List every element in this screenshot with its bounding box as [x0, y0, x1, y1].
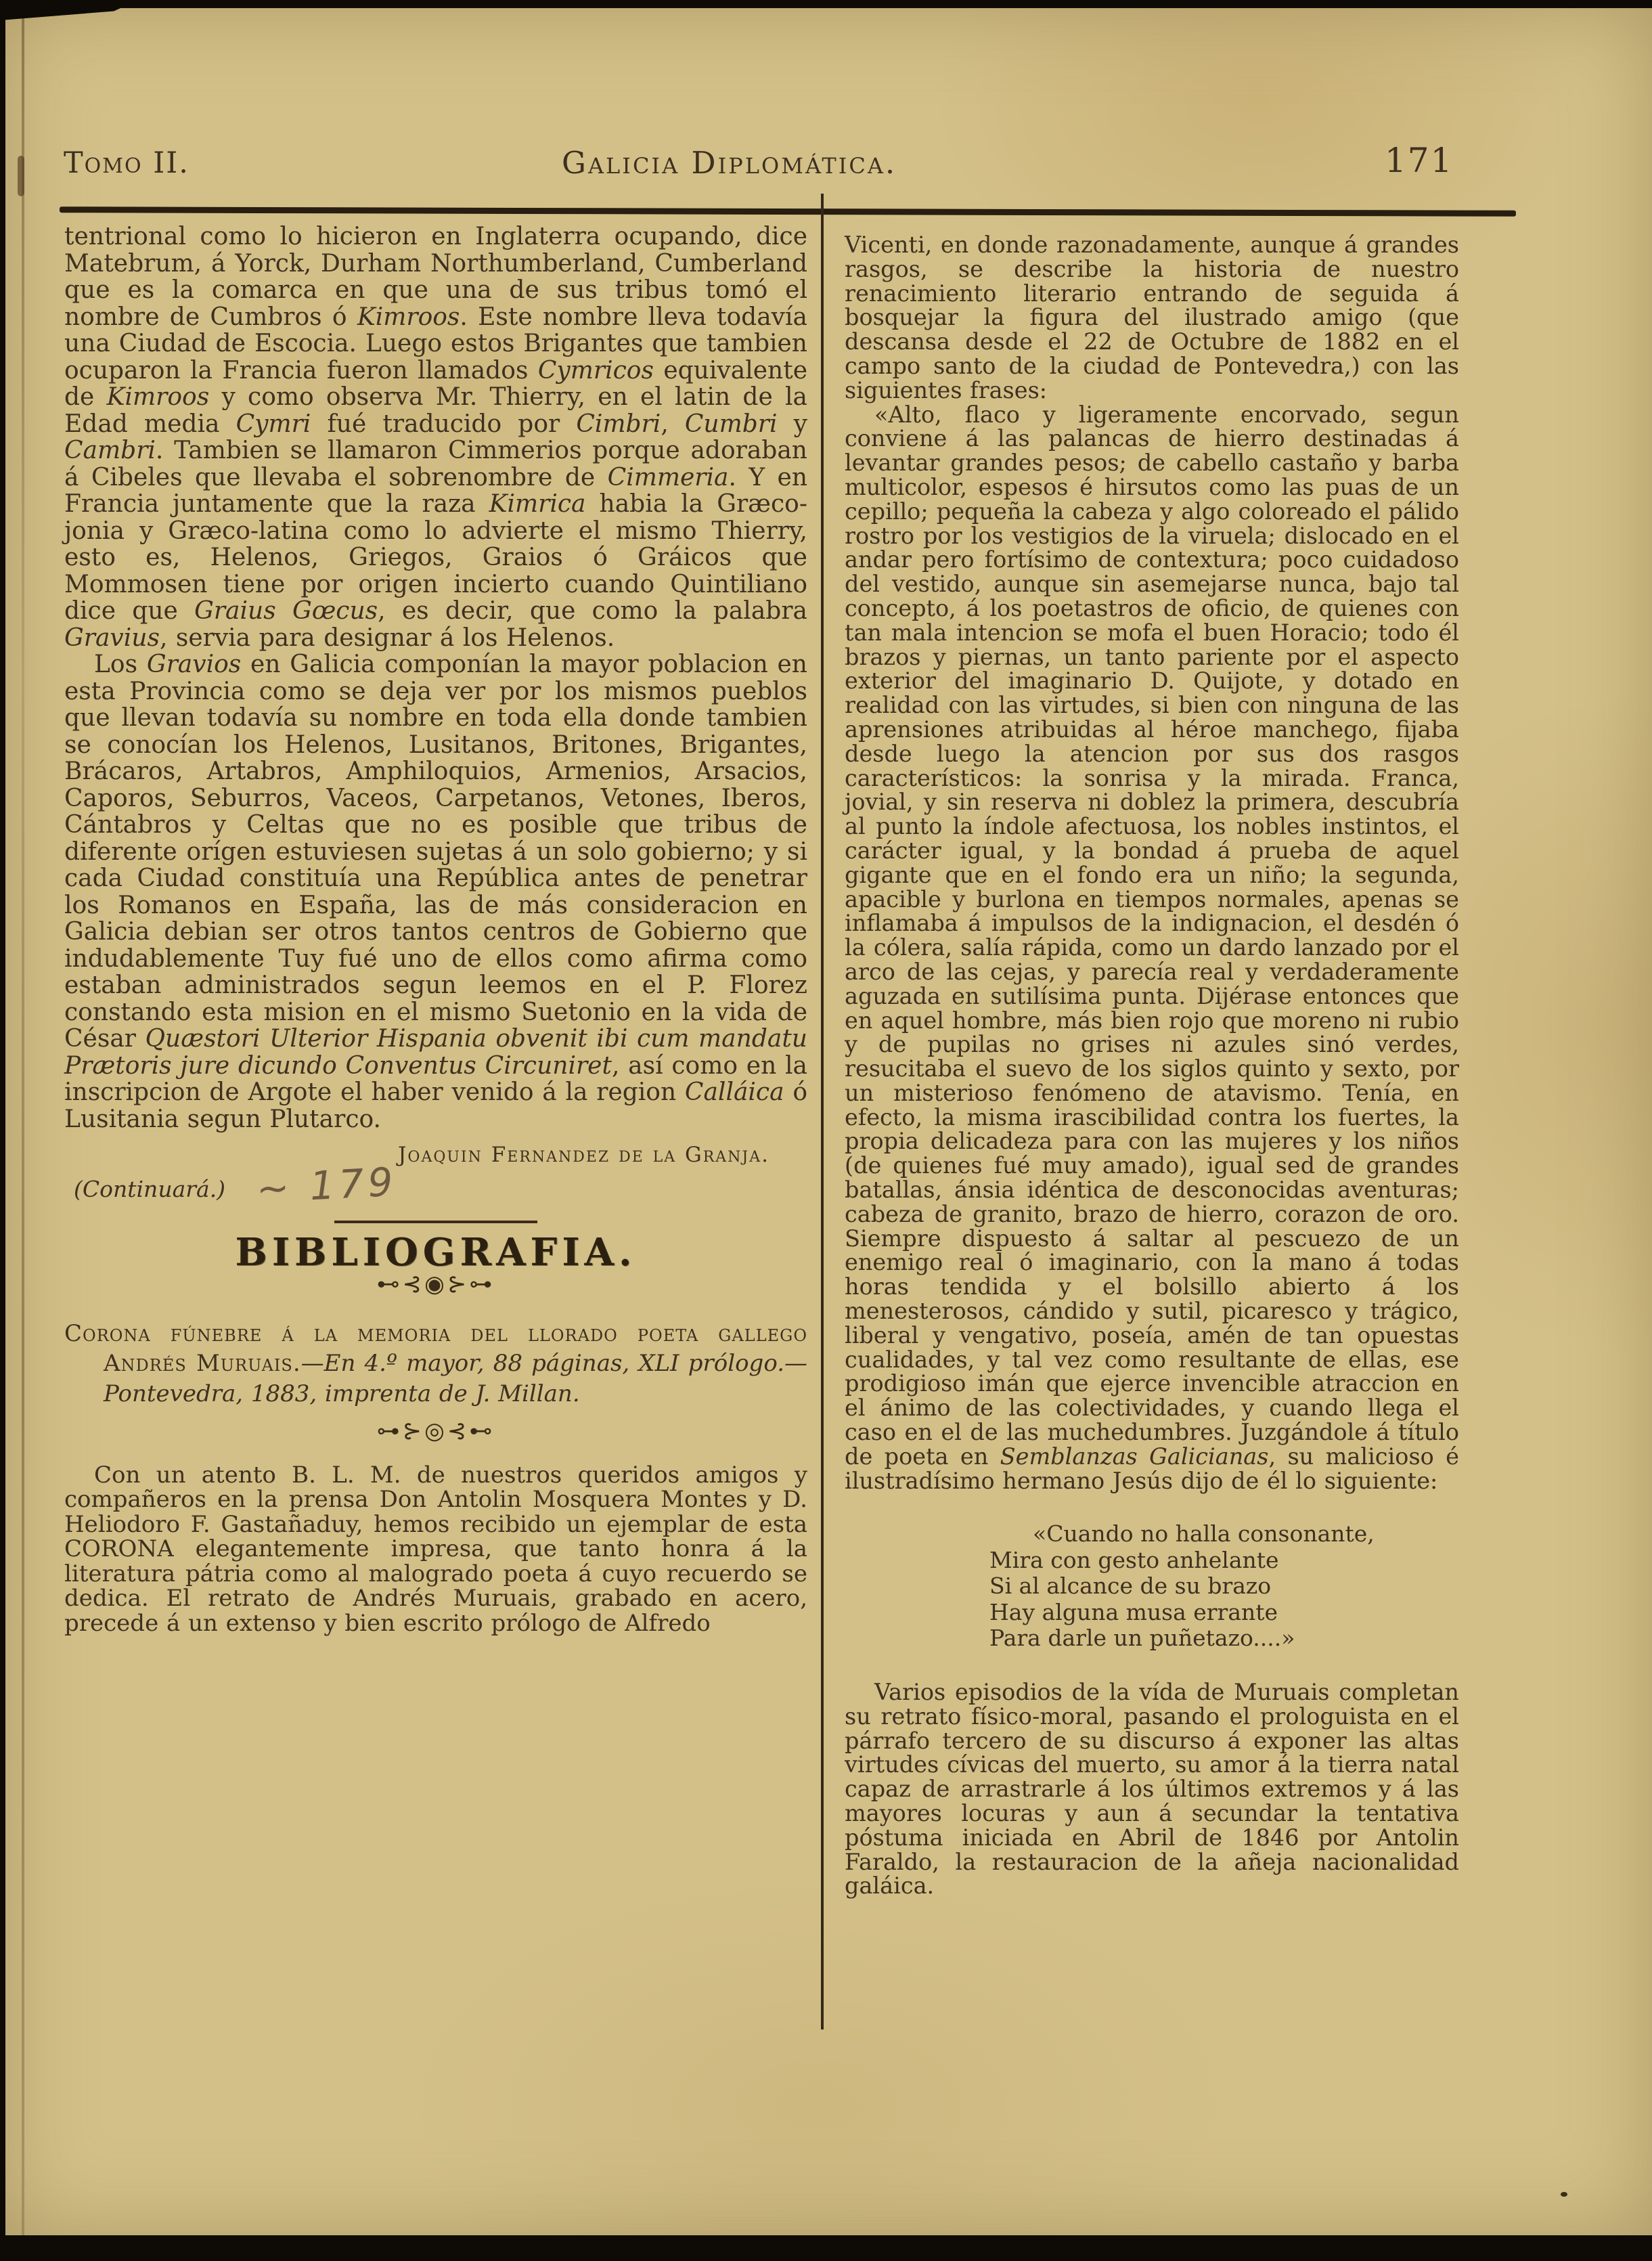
- poem-line: «Cuando no halla consonante,: [989, 1521, 1459, 1547]
- volume-label: Tomo II.: [64, 146, 189, 180]
- bibliography-heading: BIBLIOGRAFIA.: [64, 1239, 807, 1267]
- column-divider-rule: [821, 194, 824, 2029]
- article-paragraph: Vicenti, en donde razonadamente, aunque …: [845, 233, 1459, 403]
- page-number: 171: [1385, 141, 1453, 180]
- ornament-icon: ⊷⊰◉⊱⊶: [64, 1271, 807, 1298]
- journal-title: Galicia Diplomática.: [562, 145, 897, 181]
- ornament-icon: ⊶⊱◎⊰⊷: [64, 1418, 807, 1445]
- article-signature: Joaquin Fernandez de la Granja.: [64, 1142, 807, 1169]
- poem-line: Para darle un puñetazo....»: [989, 1625, 1459, 1652]
- poem-line: Mira con gesto anhelante: [989, 1547, 1459, 1574]
- gutter-ink-blob: [18, 156, 24, 196]
- header-rule: [60, 206, 1516, 217]
- right-column: Vicenti, en donde razonadamente, aunque …: [845, 233, 1459, 1898]
- article-paragraph: tentrional como lo hicieron en Inglaterr…: [64, 223, 807, 651]
- ink-speck: [1561, 2192, 1567, 2197]
- poem-line: Si al alcance de su brazo: [989, 1573, 1459, 1600]
- quote-paragraph: «Alto, flaco y ligeramente encorvado, se…: [845, 403, 1459, 1493]
- left-column: tentrional como lo hicieron en Inglaterr…: [64, 223, 807, 1636]
- continuation-row: (Continuará.) ~ 179: [64, 1176, 807, 1203]
- review-entry: Corona fúnebre á la memoria del llorado …: [64, 1319, 807, 1409]
- continuation-note: (Continuará.): [64, 1176, 225, 1203]
- handwritten-page-number: ~ 179: [256, 1168, 398, 1202]
- closing-paragraph: Varios episodios de la vída de Muruais c…: [845, 1680, 1459, 1898]
- gutter-crease-line: [22, 8, 24, 2235]
- review-paragraph: Con un atento B. L. M. de nuestros queri…: [64, 1463, 807, 1636]
- article-paragraph: Los Gravios en Galicia componían la mayo…: [64, 651, 807, 1133]
- poem-block: «Cuando no halla consonante, Mira con ge…: [989, 1521, 1459, 1652]
- scanned-page: Tomo II. Galicia Diplomática. 171 tentri…: [0, 0, 1652, 2261]
- poem-line: Hay alguna musa errante: [989, 1600, 1459, 1626]
- section-divider-rule: [334, 1221, 537, 1223]
- paper-background: Tomo II. Galicia Diplomática. 171 tentri…: [5, 8, 1652, 2235]
